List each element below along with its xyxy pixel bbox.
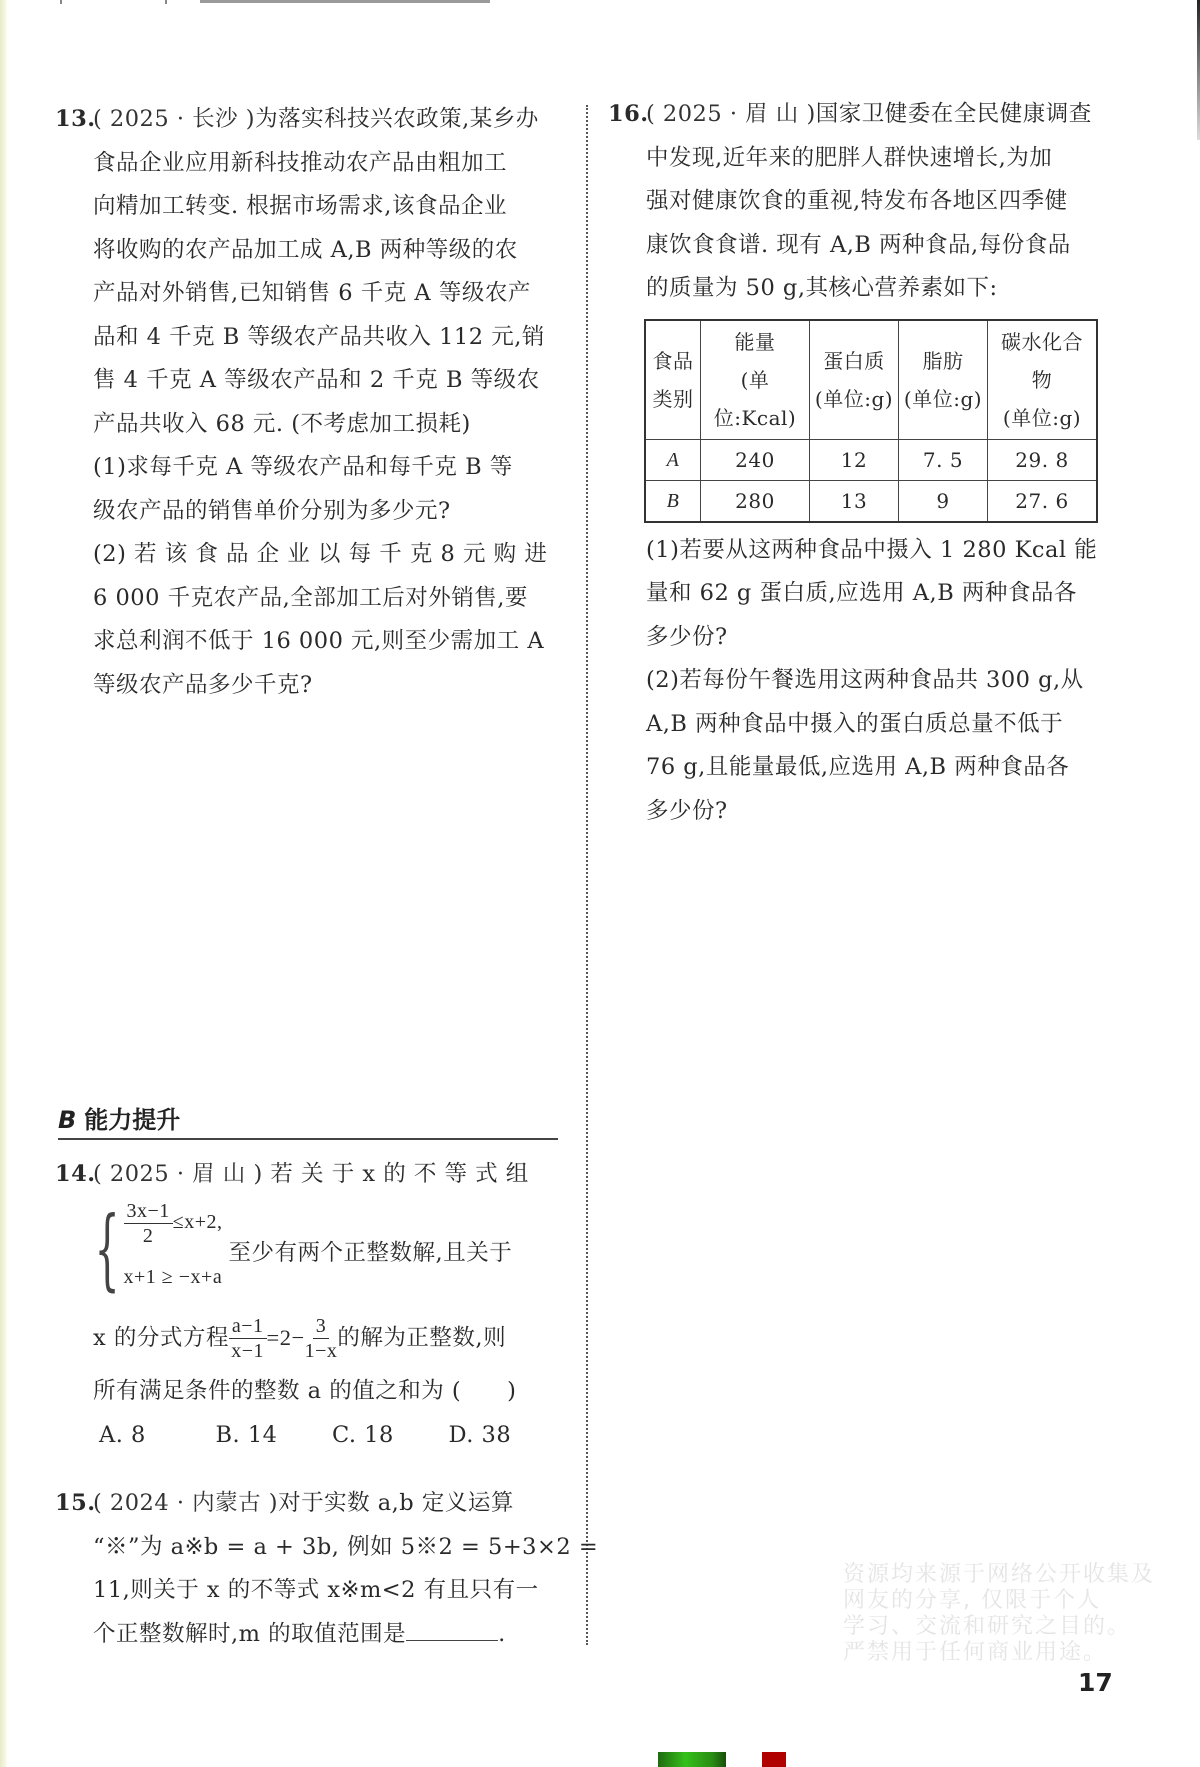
top-bar: [200, 0, 490, 3]
part-2-line: A,B 两种食品中摄入的蛋白质总量不低于: [646, 703, 1128, 747]
question-text-line: 售 4 千克 A 等级农产品和 2 千克 B 等级农: [93, 359, 565, 403]
fraction: 3x−12: [124, 1199, 173, 1248]
top-tick: [60, 0, 62, 4]
part-1-line: (1)求每千克 A 等级农产品和每千克 B 等: [93, 446, 565, 490]
question-15: 15. ( 2024 · 内蒙古 )对于实数 a,b 定义运算 “※”为 a※b…: [55, 1482, 565, 1656]
question-text-line: 为落实科技兴农政策,某乡办: [255, 106, 539, 132]
choices: A. 8 B. 14 C. 18 D. 38: [55, 1415, 565, 1455]
question-text-line: 强对健康饮食的重视,特发布各地区四季健: [646, 180, 1128, 224]
part-2-line: 多少份?: [646, 790, 1128, 834]
section-letter: B: [58, 1106, 76, 1134]
inequality-2: x+1 ≥ −x+a: [124, 1256, 223, 1300]
question-source: ( 2025 · 眉 山 ): [646, 101, 816, 127]
choice-a[interactable]: A. 8: [99, 1415, 216, 1455]
question-text-line: 11,则关于 x 的不等式 x※m<2 有且只有一: [93, 1569, 565, 1613]
question-text-line: 若 关 于 x 的 不 等 式 组: [270, 1161, 528, 1187]
choice-d[interactable]: D. 38: [449, 1415, 566, 1455]
question-text-line: 品和 4 千克 B 等级农产品共收入 112 元,销: [93, 316, 565, 360]
section-title: 能力提升: [84, 1106, 180, 1134]
question-number: 16.: [608, 93, 649, 137]
part-2-line: (2) 若 该 食 品 企 业 以 每 千 克 8 元 购 进: [93, 533, 565, 577]
header-protein: 蛋白质(单位:g): [810, 320, 899, 440]
nutrition-table: 食品类别 能量(单位:Kcal) 蛋白质(单位:g) 脂肪(单位:g) 碳水化合…: [644, 319, 1098, 523]
page-number: 17: [1078, 1668, 1113, 1697]
question-16: 16. ( 2025 · 眉 山 )国家卫健委在全民健康调查 中发现,近年来的肥…: [608, 93, 1128, 833]
question-prompt: 所有满足条件的整数 a 的值之和为 ( ): [93, 1367, 565, 1415]
table-row: B 280 13 9 27. 6: [645, 480, 1097, 522]
question-13: 13. ( 2025 · 长沙 )为落实科技兴农政策,某乡办 食品企业应用新科技…: [55, 98, 565, 707]
header-carbs: 碳水化合物(单位:g): [988, 320, 1098, 440]
question-number: 13.: [55, 98, 96, 142]
table-header-row: 食品类别 能量(单位:Kcal) 蛋白质(单位:g) 脂肪(单位:g) 碳水化合…: [645, 320, 1097, 440]
question-source: ( 2025 · 长沙 ): [93, 106, 255, 132]
column-divider: [586, 105, 588, 1645]
watermark: 资源均来源于网络公开收集及 网友的分享, 仅限于个人 学习、交流和研究之目的。 …: [843, 1562, 1200, 1666]
question-text-line: 向精加工转变. 根据市场需求,该食品企业: [93, 185, 565, 229]
green-tab-marker: [658, 1752, 726, 1767]
question-number: 14.: [55, 1153, 96, 1197]
cell-fat: 9: [899, 480, 988, 522]
question-text-line: 个正整数解时,m 的取值范围是: [93, 1621, 406, 1647]
inequality-1-rhs: ≤x+2,: [173, 1211, 223, 1233]
part-1-line: 多少份?: [646, 616, 1128, 660]
part-2-line: 6 000 千克农产品,全部加工后对外销售,要: [93, 577, 565, 621]
period: .: [498, 1621, 506, 1647]
watermark-line: 严禁用于任何商业用途。: [843, 1640, 1200, 1666]
top-tick: [165, 0, 167, 4]
part-1-line: (1)若要从这两种食品中摄入 1 280 Kcal 能: [646, 529, 1128, 573]
question-text-line: 中发现,近年来的肥胖人群快速增长,为加: [646, 137, 1128, 181]
cell-carbs: 29. 8: [988, 439, 1098, 480]
header-food-category: 食品类别: [645, 320, 701, 440]
header-energy: 能量(单位:Kcal): [701, 320, 810, 440]
question-text-line: 至少有两个正整数解,且关于: [229, 1232, 513, 1276]
question-text-line: 产品对外销售,已知销售 6 千克 A 等级农产: [93, 272, 565, 316]
question-text-line: 国家卫健委在全民健康调查: [816, 101, 1092, 127]
part-1-line: 量和 62 g 蛋白质,应选用 A,B 两种食品各: [646, 572, 1128, 616]
cell-carbs: 27. 6: [988, 480, 1098, 522]
cell-category: B: [645, 480, 701, 522]
question-14: 14. ( 2025 · 眉 山 ) 若 关 于 x 的 不 等 式 组 { 3…: [55, 1153, 565, 1455]
red-tab-marker: [762, 1752, 786, 1767]
equation-prefix: x 的分式方程: [93, 1325, 229, 1351]
section-header: B能力提升: [58, 1103, 558, 1140]
part-2-line: 76 g,且能量最低,应选用 A,B 两种食品各: [646, 746, 1128, 790]
question-source: ( 2024 · 内蒙古 ): [93, 1490, 278, 1516]
part-1-line: 级农产品的销售单价分别为多少元?: [93, 490, 565, 534]
choice-b[interactable]: B. 14: [216, 1415, 333, 1455]
question-text-line: “※”为 a※b = a + 3b, 例如 5※2 = 5+3×2 =: [93, 1526, 565, 1570]
part-2-line: 求总利润不低于 16 000 元,则至少需加工 A: [93, 620, 565, 664]
page-left-edge: [0, 0, 7, 1767]
cell-energy: 280: [701, 480, 810, 522]
header-fat: 脂肪(单位:g): [899, 320, 988, 440]
question-text-line: 产品共收入 68 元. (不考虑加工损耗): [93, 403, 565, 447]
cell-protein: 12: [810, 439, 899, 480]
part-2-line: 等级农产品多少千克?: [93, 664, 565, 708]
question-text-line: 对于实数 a,b 定义运算: [278, 1490, 514, 1516]
question-text-line: 康饮食食谱. 现有 A,B 两种食品,每份食品: [646, 224, 1128, 268]
table-row: A 240 12 7. 5 29. 8: [645, 439, 1097, 480]
cell-protein: 13: [810, 480, 899, 522]
left-brace-icon: {: [95, 1205, 120, 1293]
choice-c[interactable]: C. 18: [332, 1415, 449, 1455]
equation-mid: =2−: [267, 1325, 305, 1350]
cell-fat: 7. 5: [899, 439, 988, 480]
watermark-line: 资源均来源于网络公开收集及: [843, 1562, 1200, 1588]
question-source: ( 2025 · 眉 山 ): [93, 1161, 263, 1187]
fraction: 31−x: [305, 1314, 338, 1363]
question-text-line: 将收购的农产品加工成 A,B 两种等级的农: [93, 229, 565, 273]
question-text-line: 的质量为 50 g,其核心营养素如下:: [646, 267, 1128, 311]
watermark-line: 学习、交流和研究之目的。: [843, 1614, 1200, 1640]
fraction: a−1x−1: [229, 1314, 267, 1363]
watermark-line: 网友的分享, 仅限于个人: [843, 1588, 1200, 1614]
answer-blank[interactable]: [406, 1614, 498, 1641]
equation-suffix: 的解为正整数,则: [337, 1325, 506, 1351]
cell-category: A: [645, 439, 701, 480]
inequality-system: { 3x−12≤x+2, x+1 ≥ −x+a 至少有两个正整数解,且关于: [93, 1197, 565, 1302]
question-number: 15.: [55, 1482, 96, 1526]
part-2-line: (2)若每份午餐选用这两种食品共 300 g,从: [646, 659, 1128, 703]
question-text-line: 食品企业应用新科技推动农产品由粗加工: [93, 142, 565, 186]
cell-energy: 240: [701, 439, 810, 480]
